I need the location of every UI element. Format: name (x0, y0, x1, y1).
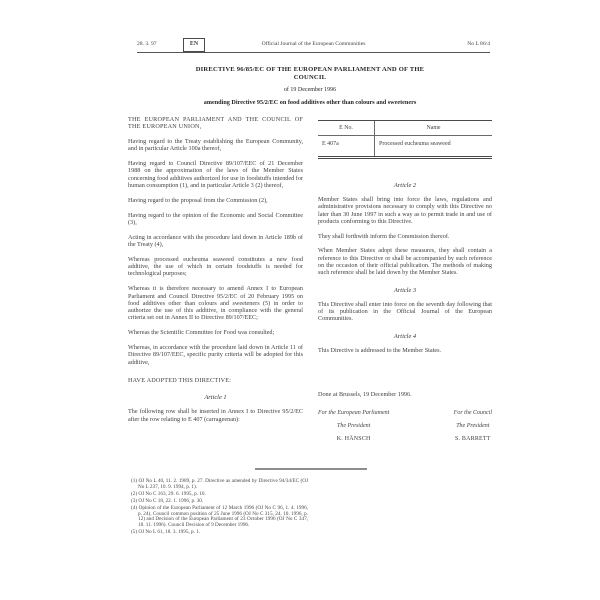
header-page-ref: No L 86/4 (400, 41, 490, 47)
preamble-opening: THE EUROPEAN PARLIAMENT AND THE COUNCIL … (128, 116, 303, 131)
signature-body: For the Council (454, 410, 492, 417)
directive-subtitle: amending Directive 95/2/EC on food addit… (128, 99, 492, 106)
article-2-paragraph: They shall forthwith inform the Commissi… (318, 233, 492, 240)
table-header-name: Name (375, 121, 493, 136)
signature-parliament: For the European Parliament The Presiden… (318, 410, 389, 443)
signature-block: For the European Parliament The Presiden… (318, 410, 492, 443)
footnote: (2) OJ No C 163, 29. 6. 1995, p. 10. (131, 492, 308, 498)
scanned-journal-page: 28. 3. 97 EN Official Journal of the Eur… (0, 0, 600, 600)
article-2-paragraph: Member States shall bring into force the… (318, 196, 492, 225)
recital-paragraph: Whereas, in accordance with the procedur… (128, 344, 303, 366)
left-column: THE EUROPEAN PARLIAMENT AND THE COUNCIL … (128, 116, 303, 430)
recital-paragraph: Whereas the Scientific Committee for Foo… (128, 329, 303, 336)
table-cell-name: Processed eucheuma seaweed (375, 136, 493, 157)
directive-title-block: DIRECTIVE 96/85/EC OF THE EUROPEAN PARLI… (128, 66, 492, 106)
right-column: Article 2 Member States shall bring into… (318, 172, 492, 361)
citation-paragraph: Having regard to Council Directive 89/10… (128, 160, 303, 189)
footnote: (4) Opinion of the European Parliament o… (131, 506, 308, 530)
recital-paragraph: Whereas it is therefore necessary to ame… (128, 285, 303, 321)
enacting-formula: HAVE ADOPTED THIS DIRECTIVE: (128, 377, 303, 384)
citation-paragraph: Having regard to the opinion of the Econ… (128, 212, 303, 227)
article-2-paragraph: When Member States adopt these measures,… (318, 247, 492, 276)
directive-title-line2: COUNCIL (128, 74, 492, 82)
page-sheet: 28. 3. 97 EN Official Journal of the Eur… (0, 0, 600, 600)
annex-table: E No. Name E 407a Processed eucheuma sea… (318, 120, 492, 159)
table-row: E 407a Processed eucheuma seaweed (318, 136, 492, 157)
footnotes-block: (1) OJ No L 40, 11. 2. 1989, p. 27. Dire… (131, 479, 308, 537)
table-cell-e-no: E 407a (318, 136, 375, 157)
article-2-heading: Article 2 (318, 182, 492, 189)
signer-name: S. BARRETT (454, 436, 492, 443)
footnote: (1) OJ No L 40, 11. 2. 1989, p. 27. Dire… (131, 479, 308, 491)
done-at-line: Done at Brussels, 19 December 1996. (318, 391, 412, 398)
article-3-paragraph: This Directive shall enter into force on… (318, 301, 492, 323)
citation-paragraph: Acting in accordance with the procedure … (128, 234, 303, 249)
table-header-e-no: E No. (318, 121, 375, 136)
signature-body: For the European Parliament (318, 410, 389, 417)
footnote: (3) OJ No C 18, 22. 1. 1996, p. 30. (131, 499, 308, 505)
citation-paragraph: Having regard to the proposal from the C… (128, 197, 303, 204)
signature-council: For the Council The President S. BARRETT (454, 410, 492, 443)
article-3-heading: Article 3 (318, 287, 492, 294)
article-1-text: The following row shall be inserted in A… (128, 408, 303, 423)
article-4-paragraph: This Directive is addressed to the Membe… (318, 347, 492, 354)
directive-title-line1: DIRECTIVE 96/85/EC OF THE EUROPEAN PARLI… (128, 66, 492, 74)
signature-role: The President (318, 423, 389, 430)
article-1-heading: Article 1 (128, 394, 303, 401)
signature-role: The President (454, 423, 492, 430)
recital-paragraph: Whereas processed eucheuma seaweed const… (128, 256, 303, 278)
signer-name: K. HÄNSCH (318, 436, 389, 443)
directive-date-line: of 19 December 1996 (128, 87, 492, 93)
header-rule (137, 52, 490, 53)
footnote-separator-rule (255, 468, 367, 470)
footnote: (5) OJ No L 61, 18. 3. 1995, p. 1. (131, 530, 308, 536)
citation-paragraph: Having regard to the Treaty establishing… (128, 138, 303, 153)
article-4-heading: Article 4 (318, 333, 492, 340)
